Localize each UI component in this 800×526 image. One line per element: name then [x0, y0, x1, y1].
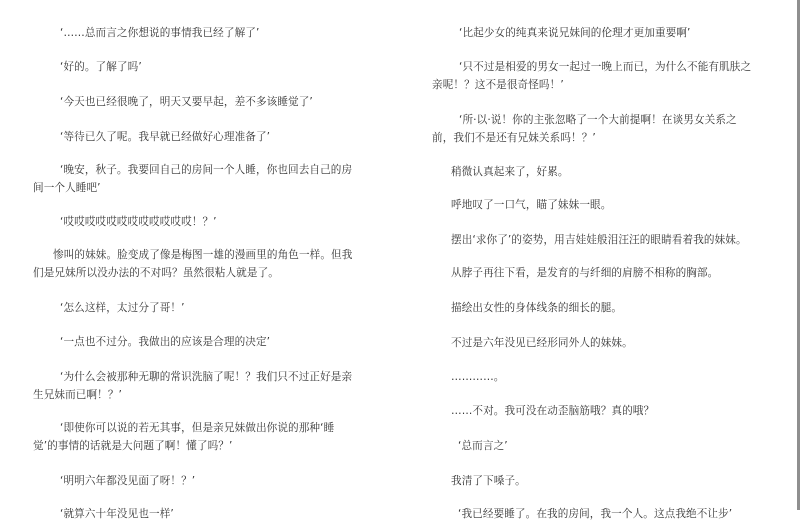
paragraph: ‘明明六年都没见面了呀！？’: [33, 472, 355, 490]
paragraph: ‘总而言之’: [432, 437, 754, 455]
paragraph: ‘就算六十年没见也一样’: [33, 505, 355, 523]
paragraph: ‘等待已久了呢。我早就已经做好心理准备了’: [33, 128, 355, 146]
paragraph: ‘……总而言之你想说的事情我已经了解了’: [33, 24, 355, 42]
paragraph: ‘所·以·说！你的主张忽略了一个大前提啊！在谈男女关系之前，我们不是还有兄妹关系…: [432, 111, 754, 147]
paragraph: 描绘出女性的身体线条的细长的腿。: [432, 299, 754, 317]
paragraph: ‘哎哎哎哎哎哎哎哎哎哎哎哎！？’: [33, 213, 355, 231]
paragraph: ‘怎么这样，太过分了哥！’: [33, 299, 355, 317]
paragraph: ‘好的。了解了吗’: [33, 58, 355, 76]
paragraph: 不过是六年没见已经形同外人的妹妹。: [432, 334, 754, 352]
paragraph: ‘比起少女的纯真来说兄妹间的伦理才更加重要啊’: [432, 24, 754, 42]
right-page: ‘比起少女的纯真来说兄妹间的伦理才更加重要啊’ ‘只不过是相爱的男女一起过一晚上…: [400, 0, 797, 526]
paragraph: 稍微认真起来了，好累。: [432, 163, 754, 181]
paragraph: ‘为什么会被那种无聊的常识洗脑了呢！？我们只不过正好是亲生兄妹而已啊！？’: [33, 368, 355, 404]
paragraph: 从脖子再往下看，是发育的与纤细的肩膀不相称的胸部。: [432, 264, 754, 282]
left-page: ‘……总而言之你想说的事情我已经了解了’ ‘好的。了解了吗’ ‘今天也已经很晚了…: [0, 0, 400, 526]
paragraph: ……不对。我可没在动歪脑筋哦？真的哦？: [432, 402, 754, 420]
paragraph: ‘一点也不过分。我做出的应该是合理的决定’: [33, 333, 355, 351]
paragraph: ‘我已经要睡了。在我的房间，我一个人。这点我绝不让步’: [432, 505, 754, 523]
paragraph: 摆出‘求你了’的姿势，用吉娃娃般泪汪汪的眼睛看着我的妹妹。: [432, 231, 754, 249]
paragraph: …………。: [432, 368, 754, 386]
paragraph: ‘只不过是相爱的男女一起过一晚上而已，为什么不能有肌肤之亲呢！？这不是很奇怪吗！…: [432, 58, 754, 94]
paragraph: ‘今天也已经很晚了，明天又要早起，差不多该睡觉了’: [33, 93, 355, 111]
paragraph: 呼地叹了一口气，瞄了妹妹一眼。: [432, 196, 754, 214]
paragraph: ‘即使你可以说的若无其事，但是亲兄妹做出你说的那种‘睡觉’的事情的话就是大问题了…: [33, 419, 355, 455]
paragraph: 惨叫的妹妹。脸变成了像是梅图一雄的漫画里的角色一样。但我们是兄妹所以没办法的不对…: [33, 246, 355, 282]
paragraph: 我清了下嗓子。: [432, 472, 754, 490]
paragraph: ‘晚安，秋子。我要回自己的房间一个人睡，你也回去自己的房间一个人睡吧’: [33, 161, 355, 197]
